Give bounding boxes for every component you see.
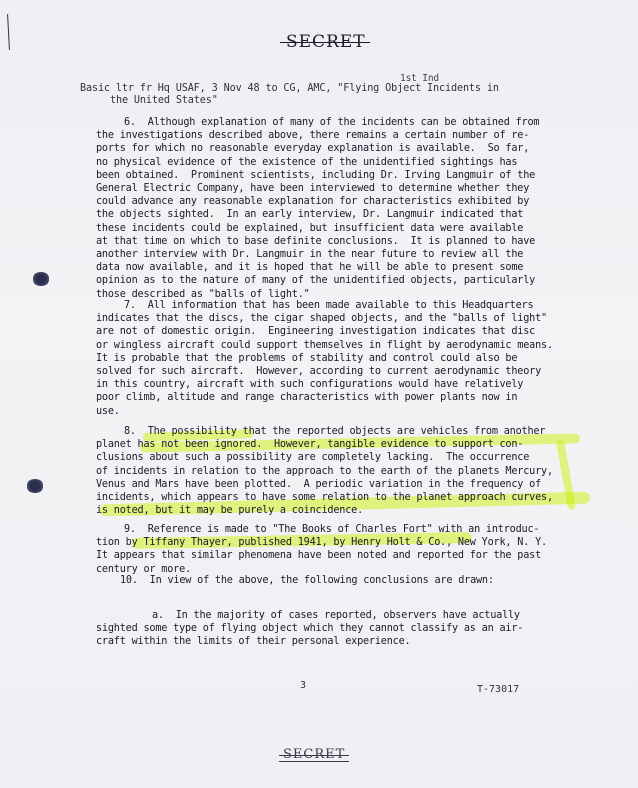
text-line: these incidents could be explained, but … bbox=[96, 222, 616, 235]
text-line: 10. In view of the above, the following … bbox=[96, 574, 616, 587]
text-line: 6. Although explanation of many of the i… bbox=[96, 116, 616, 129]
text-line: General Electric Company, have been inte… bbox=[96, 182, 616, 195]
margin-pen-mark bbox=[7, 14, 12, 50]
text-line: sighted some type of flying object which… bbox=[96, 622, 616, 635]
text-line: the investigations described above, ther… bbox=[96, 129, 616, 142]
text-line: or wingless aircraft could support thems… bbox=[96, 339, 616, 352]
paragraph-10a: a. In the majority of cases reported, ob… bbox=[96, 609, 616, 649]
text-line: tion by Tiffany Thayer, published 1941, … bbox=[96, 536, 616, 549]
text-line: a. In the majority of cases reported, ob… bbox=[96, 609, 616, 622]
text-line: craft within the limits of their persona… bbox=[96, 635, 616, 648]
classification-stamp-top: SECRET bbox=[286, 32, 366, 52]
paragraph-7: 7. All information that has been made av… bbox=[96, 299, 616, 418]
paragraph-6: 6. Although explanation of many of the i… bbox=[96, 116, 616, 301]
document-page: SECRET 1st Ind Basic ltr fr Hq USAF, 3 N… bbox=[0, 0, 638, 788]
text-line: use. bbox=[96, 405, 616, 418]
paragraph-9: 9. Reference is made to "The Books of Ch… bbox=[96, 523, 616, 576]
text-line: data now available, and it is hoped that… bbox=[96, 261, 616, 274]
punch-hole-icon bbox=[32, 272, 50, 286]
classification-stamp-bottom: SECRET bbox=[283, 747, 345, 762]
text-line: ports for which no reasonable everyday e… bbox=[96, 142, 616, 155]
text-line: 8. The possibility that the reported obj… bbox=[96, 425, 616, 438]
text-line: solved for such aircraft. However, accor… bbox=[96, 365, 616, 378]
text-line: indicates that the discs, the cigar shap… bbox=[96, 312, 616, 325]
text-line: been obtained. Prominent scientists, inc… bbox=[96, 169, 616, 182]
text-line: Venus and Mars have been plotted. A peri… bbox=[96, 478, 616, 491]
text-line: the objects sighted. In an early intervi… bbox=[96, 208, 616, 221]
reference-line: the United States" bbox=[110, 95, 218, 107]
paragraph-8: 8. The possibility that the reported obj… bbox=[96, 425, 616, 517]
text-line: at that time on which to base definite c… bbox=[96, 235, 616, 248]
text-line: another interview with Dr. Langmuir in t… bbox=[96, 248, 616, 261]
text-line: opinion as to the nature of many of the … bbox=[96, 274, 616, 287]
text-line: in this country, aircraft with such conf… bbox=[96, 378, 616, 391]
text-line: no physical evidence of the existence of… bbox=[96, 156, 616, 169]
text-line: poor climb, altitude and range character… bbox=[96, 391, 616, 404]
text-line: planet has not been ignored. However, ta… bbox=[96, 438, 616, 451]
text-line: It appears that similar phenomena have b… bbox=[96, 549, 616, 562]
text-line: 7. All information that has been made av… bbox=[96, 299, 616, 312]
text-line: clusions about such a possibility are co… bbox=[96, 451, 616, 464]
paragraph-10: 10. In view of the above, the following … bbox=[96, 574, 616, 587]
text-line: It is probable that the problems of stab… bbox=[96, 352, 616, 365]
document-id: T-73017 bbox=[477, 684, 519, 695]
punch-hole-icon bbox=[26, 479, 44, 493]
text-line: could advance any reasonable explanation… bbox=[96, 195, 616, 208]
text-line: of incidents in relation to the approach… bbox=[96, 465, 616, 478]
text-line: are not of domestic origin. Engineering … bbox=[96, 325, 616, 338]
text-line: incidents, which appears to have some re… bbox=[96, 491, 616, 504]
text-line: 9. Reference is made to "The Books of Ch… bbox=[96, 523, 616, 536]
text-line: is noted, but it may be purely a coincid… bbox=[96, 504, 616, 517]
reference-line: Basic ltr fr Hq USAF, 3 Nov 48 to CG, AM… bbox=[80, 83, 499, 95]
page-number: 3 bbox=[300, 680, 306, 691]
